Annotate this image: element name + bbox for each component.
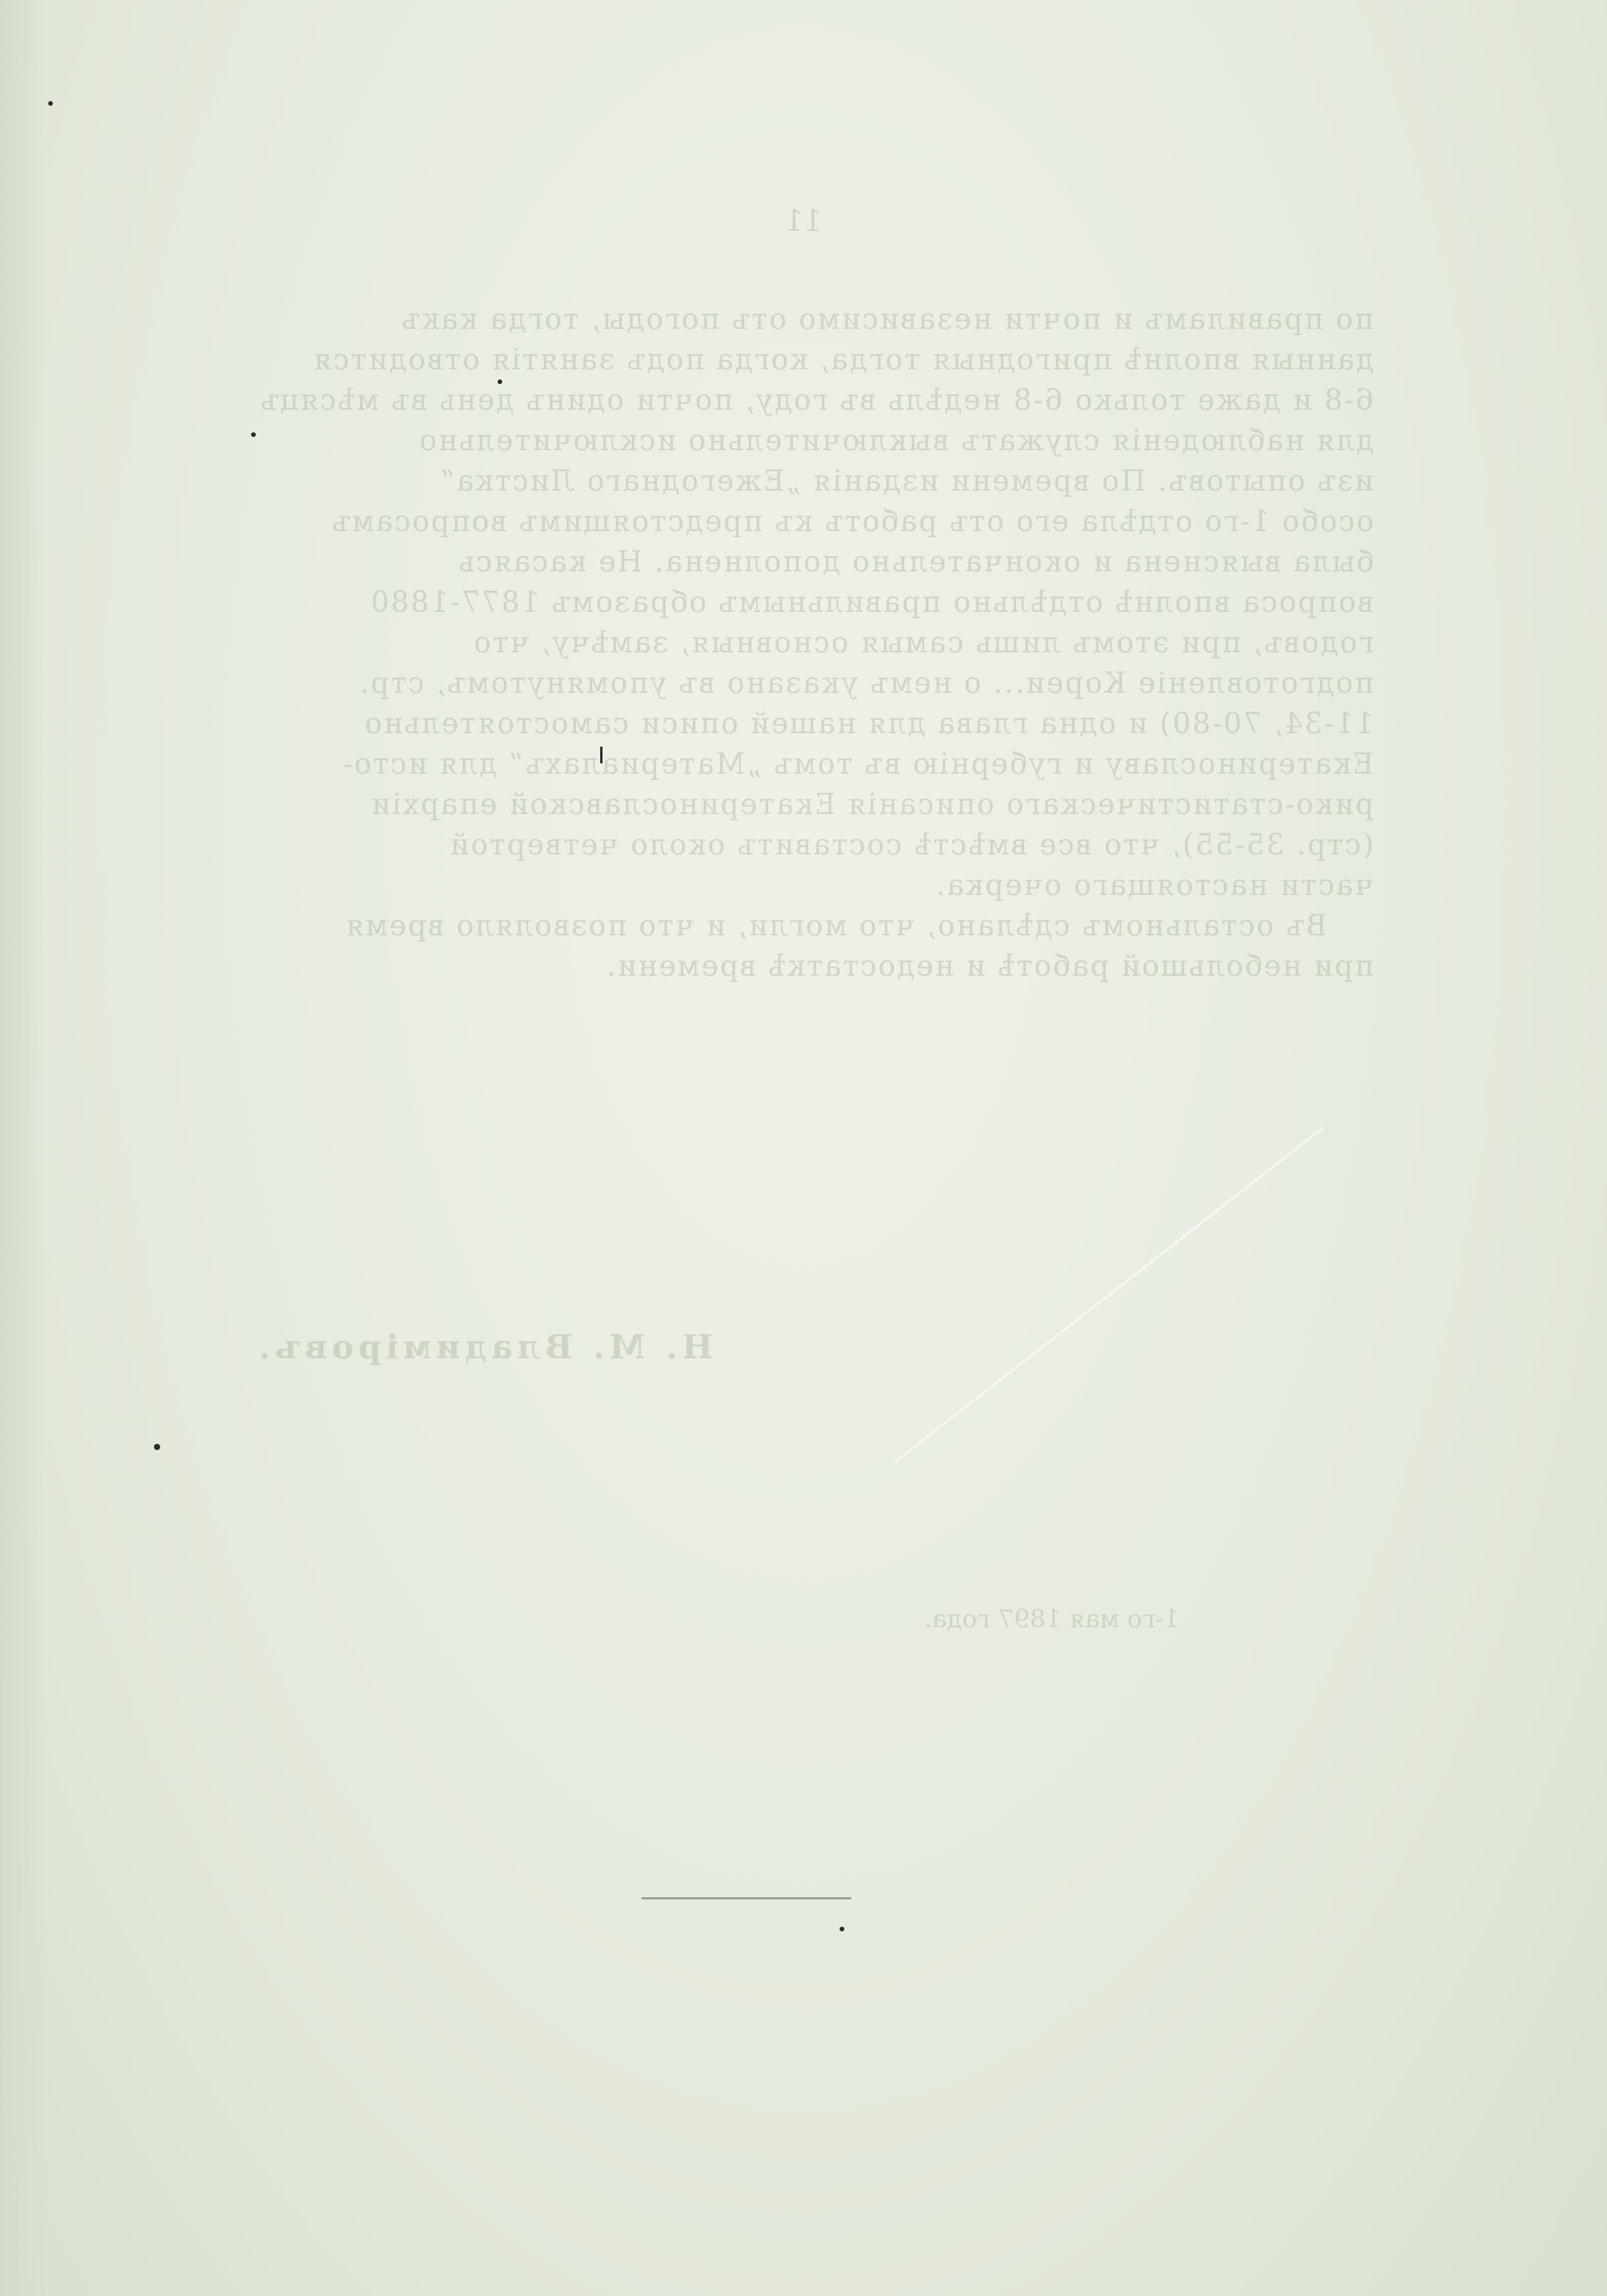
speck [48, 101, 53, 106]
ghost-line: части настоящаго очерка. [254, 865, 1374, 906]
ghost-line: по правиламъ и почти независимо отъ пого… [254, 299, 1374, 340]
page-number-ghost: 11 [0, 204, 1607, 238]
ghost-signature: Н. М. Владимiровъ. [254, 1328, 713, 1366]
speck [840, 1927, 844, 1931]
ghost-line: 6-8 и даже только 6-8 недѣль въ году, по… [254, 380, 1374, 421]
ghost-line: особо 1-го отдѣла его отъ работъ къ пред… [254, 501, 1374, 542]
ghost-line: годовъ, при этомъ лишь самыя основныя, з… [254, 623, 1374, 663]
ghost-closing: Въ остальномъ сдѣлано, что могли, и что … [254, 906, 1374, 946]
ghost-line: была выяснена и окончательно дополнена. … [254, 542, 1374, 582]
ghost-line: (стр. 35-55), что все вмѣстѣ составитъ о… [254, 825, 1374, 865]
ghost-paragraph: по правиламъ и почти независимо отъ пого… [254, 299, 1374, 987]
ghost-line: вопроса вполнѣ отдѣльно правильнымъ обра… [254, 582, 1374, 623]
ghost-line: данныя вполнѣ пригодныя тогда, когда под… [254, 340, 1374, 380]
ghost-line: изъ опытовъ. По времени изданія „Ежегодн… [254, 461, 1374, 501]
show-through-text: 11 по правиламъ и почти независимо отъ п… [0, 0, 1607, 2296]
speck [154, 1444, 160, 1450]
ghost-line: Екатеринославу и губернію въ томъ „Матер… [254, 744, 1374, 785]
speck [251, 432, 256, 437]
ghost-closing-2: при небольшой работѣ и недостаткѣ времен… [254, 946, 1374, 987]
speck [600, 746, 603, 764]
ghost-line: для наблюденія служатъ выключительно иск… [254, 421, 1374, 461]
ghost-line: подготовленіе Кореи... о немъ указано въ… [254, 663, 1374, 704]
speck [498, 379, 502, 384]
horizontal-rule [641, 1897, 851, 1899]
ghost-line: рико-статистическаго описанія Екатеринос… [254, 785, 1374, 825]
ghost-date: 1-го мая 1897 года. [924, 1602, 1179, 1636]
document-page: 11 по правиламъ и почти независимо отъ п… [0, 0, 1607, 2296]
ghost-line: 11-34, 70-80) и одна глава для нашей опи… [254, 704, 1374, 744]
